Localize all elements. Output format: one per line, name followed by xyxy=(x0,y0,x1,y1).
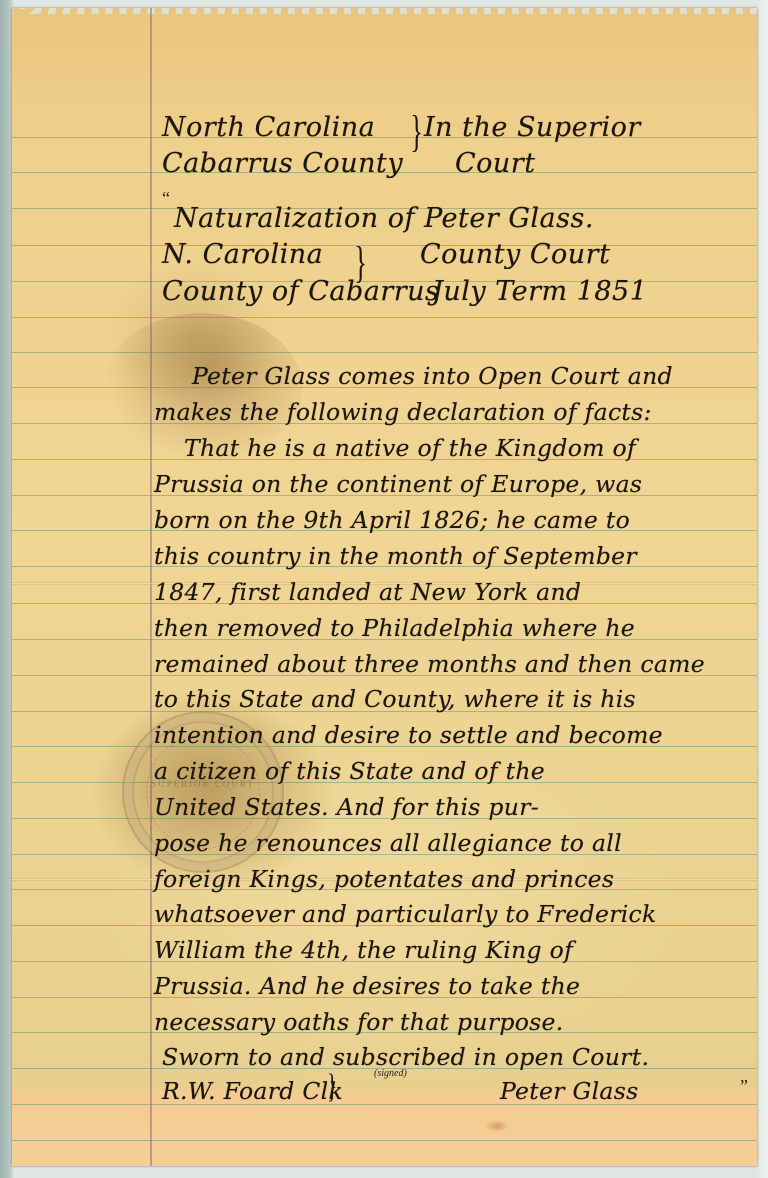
body-line: pose he renounces all allegiance to all xyxy=(154,832,622,856)
body-line: William the 4th, the ruling King of xyxy=(154,939,573,963)
brace: } xyxy=(327,1070,337,1104)
body-line: United States. And for this pur- xyxy=(154,796,539,820)
ruled-line xyxy=(12,317,757,318)
body-line: this country in the month of September xyxy=(154,545,637,569)
title-quote-mark: “ xyxy=(162,188,170,209)
torn-top-edge xyxy=(12,8,757,14)
body-line: Prussia. And he desires to take the xyxy=(154,975,580,999)
body-line: necessary oaths for that purpose. xyxy=(154,1011,563,1035)
ink-spot xyxy=(485,1120,509,1132)
header-right-line2: Court xyxy=(455,150,536,177)
closing-quote-mark: ” xyxy=(740,1076,748,1097)
ruled-line xyxy=(12,1140,757,1141)
ruled-line xyxy=(12,137,757,138)
caption-left-line2: County of Cabarrus xyxy=(162,278,439,305)
body-line: born on the 9th April 1826; he came to xyxy=(154,509,630,533)
body-line: foreign Kings, potentates and princes xyxy=(154,868,614,892)
body-line: Prussia on the continent of Europe, was xyxy=(154,473,642,497)
document-title: Naturalization of Peter Glass. xyxy=(174,205,594,232)
ruled-line xyxy=(12,1104,757,1105)
header-left-line2: Cabarrus County xyxy=(162,150,403,177)
body-line: whatsoever and particularly to Frederick xyxy=(154,903,657,927)
caption-left-line1: N. Carolina xyxy=(162,241,323,268)
caption-right-line2: July Term 1851 xyxy=(432,278,647,305)
signed-note: (signed) xyxy=(374,1068,407,1079)
header-left-line1: North Carolina xyxy=(162,114,375,141)
brace: } xyxy=(410,110,423,154)
body-line: a citizen of this State and of the xyxy=(154,760,545,784)
margin-line xyxy=(150,8,152,1166)
body-line: intention and desire to settle and becom… xyxy=(154,724,663,748)
body-line: 1847, first landed at New York and xyxy=(154,581,581,605)
body-line: Peter Glass comes into Open Court and xyxy=(192,365,673,389)
clerk-signature: R.W. Foard Clk xyxy=(162,1080,343,1104)
body-line: Sworn to and subscribed in open Court. xyxy=(162,1046,649,1070)
body-line: That he is a native of the Kingdom of xyxy=(184,437,636,461)
paper-lower-strip xyxy=(12,1090,757,1166)
declarant-signature: Peter Glass xyxy=(500,1080,638,1104)
body-line: to this State and County, where it is hi… xyxy=(154,688,636,712)
ruled-line xyxy=(12,245,757,246)
caption-right-line1: County Court xyxy=(420,241,610,268)
header-right-line1: In the Superior xyxy=(424,114,641,141)
body-line: then removed to Philadelphia where he xyxy=(154,617,635,641)
document-page: SUPERIOR COURT North Carolina } In the S… xyxy=(12,8,757,1166)
body-line: remained about three months and then cam… xyxy=(154,653,705,677)
body-line: makes the following declaration of facts… xyxy=(154,401,652,425)
